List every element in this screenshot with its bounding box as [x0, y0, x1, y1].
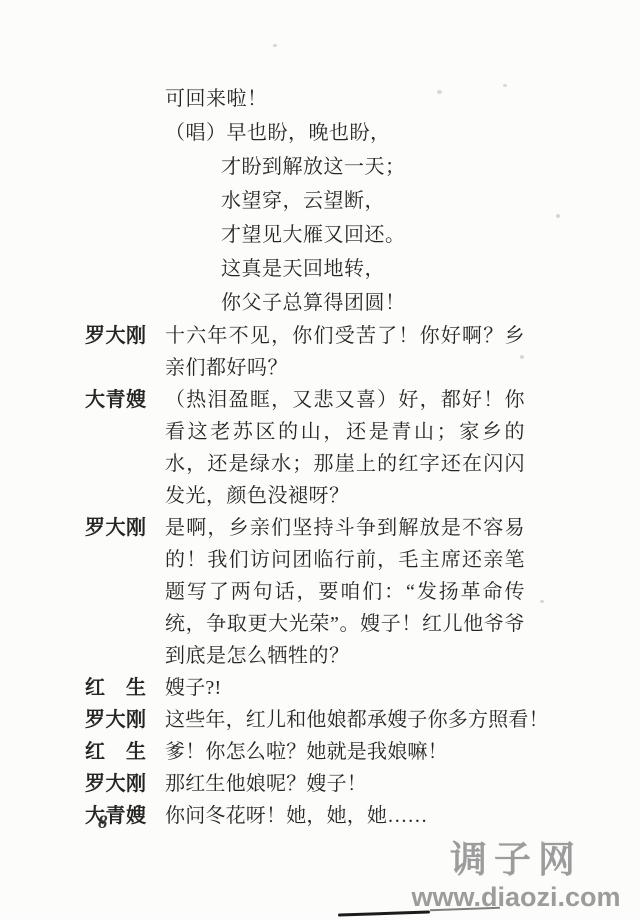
song-line: 这真是天回地转，	[221, 252, 525, 286]
scan-speck	[273, 44, 277, 47]
song-tag: （唱）	[165, 122, 227, 144]
scan-speck	[556, 214, 560, 218]
script-text-block: 可回来啦！ （唱）早也盼，晚也盼， 才盼到解放这一天； 水望穿，云望断， 才望见…	[85, 82, 525, 832]
speech-text: 十六年不见，你们受苦了！你好啊？乡亲们都好吗？	[165, 320, 525, 384]
watermark-site-name: 调子网	[400, 838, 632, 882]
speech-text: 嫂子?!	[165, 672, 525, 704]
site-watermark: 调子网 www.diaozi.com	[400, 838, 632, 912]
dialogue-row: 大青嫂 （热泪盈眶，又悲又喜）好，都好！你看这老苏区的山，还是青山；家乡的水，还…	[85, 384, 525, 512]
dialogue-line: 可回来啦！	[165, 82, 525, 116]
dialogue-continuation: 可回来啦！ （唱）早也盼，晚也盼， 才盼到解放这一天； 水望穿，云望断， 才望见…	[165, 82, 525, 320]
speech-text: 是啊，乡亲们坚持斗争到解放是不容易的！我们访问团临行前，毛主席还亲笔题写了两句话…	[165, 512, 525, 672]
dialogue-row: 大青嫂 你问冬花呀！她，她，她……	[85, 800, 525, 832]
speech-text: 那红生他娘呢？嫂子！	[165, 768, 525, 800]
song-line: 才盼到解放这一天；	[221, 150, 525, 184]
song-line: 你父子总算得团圆！	[221, 286, 525, 320]
speech-text: 这些年，红儿和他娘都承嫂子你多方照看！	[165, 704, 525, 736]
speaker-name: 罗大刚	[85, 512, 165, 672]
page-number: 8	[98, 812, 108, 834]
speech-text: 爹！你怎么啦？她就是我娘嘛！	[165, 736, 525, 768]
speaker-name: 红 生	[85, 736, 165, 768]
speaker-name: 大青嫂	[85, 384, 165, 512]
song-first-line: 早也盼，晚也盼，	[227, 122, 391, 144]
speaker-name: 罗大刚	[85, 320, 165, 384]
scan-scratch-line	[338, 910, 430, 916]
song-opening-line: （唱）早也盼，晚也盼，	[165, 116, 525, 150]
watermark-site-url: www.diaozi.com	[400, 882, 632, 912]
dialogue-row: 红 生 爹！你怎么啦？她就是我娘嘛！	[85, 736, 525, 768]
dialogue-row: 罗大刚 是啊，乡亲们坚持斗争到解放是不容易的！我们访问团临行前，毛主席还亲笔题写…	[85, 512, 525, 672]
speech-text: 你问冬花呀！她，她，她……	[165, 800, 525, 832]
speaker-name: 大青嫂	[85, 800, 165, 832]
dialogue-row: 红 生 嫂子?!	[85, 672, 525, 704]
speaker-name: 罗大刚	[85, 768, 165, 800]
dialogue-row: 罗大刚 这些年，红儿和他娘都承嫂子你多方照看！	[85, 704, 525, 736]
dialogue-row: 罗大刚 那红生他娘呢？嫂子！	[85, 768, 525, 800]
song-line: 才望见大雁又回还。	[221, 218, 525, 252]
speech-text: （热泪盈眶，又悲又喜）好，都好！你看这老苏区的山，还是青山；家乡的水，还是绿水；…	[165, 384, 525, 512]
dialogue-row: 罗大刚 十六年不见，你们受苦了！你好啊？乡亲们都好吗？	[85, 320, 525, 384]
song-line: 水望穿，云望断，	[221, 184, 525, 218]
scan-speck	[540, 600, 544, 603]
speaker-name: 罗大刚	[85, 704, 165, 736]
speaker-name: 红 生	[85, 672, 165, 704]
scanned-script-page: 可回来啦！ （唱）早也盼，晚也盼， 才盼到解放这一天； 水望穿，云望断， 才望见…	[0, 0, 640, 920]
